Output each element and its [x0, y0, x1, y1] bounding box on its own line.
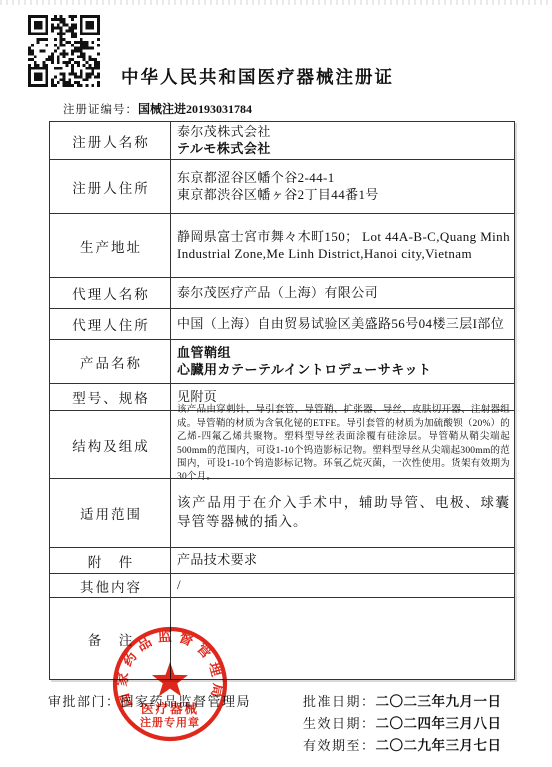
row-value: 该产品由穿刺针、导引套管、导管鞘、扩张器、导丝、皮肤切开器、注射器组成。导管鞘的… — [171, 411, 514, 478]
table-row-agent-name: 代理人名称 泰尔茂医疗产品（上海）有限公司 — [50, 277, 514, 308]
expiry-date-value: 二〇二九年三月七日 — [376, 738, 502, 753]
effective-date-value: 二〇二四年三月八日 — [376, 716, 502, 731]
scan-artifact-strip — [0, 0, 552, 5]
row-label: 附 件 — [50, 548, 171, 573]
value-paragraph: 该产品由穿刺针、导引套管、导管鞘、扩张器、导丝、皮肤切开器、注射器组成。导管鞘的… — [177, 404, 510, 485]
row-value: 泰尔茂株式会社 テルモ株式会社 — [171, 122, 514, 159]
expiry-date-line: 有效期至：二〇二九年三月七日 — [303, 734, 502, 750]
value-line: 静岡県富士宮市舞々木町150； Lot 44A-B-C,Quang Minh I… — [177, 229, 510, 261]
row-label: 注册人住所 — [50, 160, 171, 213]
approval-date-label: 批准日期： — [303, 694, 376, 709]
value-line: 见附页 — [177, 389, 510, 405]
row-label: 代理人名称 — [50, 278, 171, 308]
row-value: / — [171, 574, 514, 597]
row-label: 注册人名称 — [50, 122, 171, 159]
table-row-scope-of-application: 适用范围 该产品用于在介入手术中，辅助导管、电极、球囊导管等器械的插入。 — [50, 478, 514, 547]
row-label: 其他内容 — [50, 574, 171, 597]
row-label: 型号、规格 — [50, 384, 171, 410]
value-line: / — [177, 577, 510, 593]
value-line-jp: 心臓用カテーテルイントロデューサキット — [177, 362, 510, 378]
table-row-registrant-address: 注册人住所 东京都涩谷区幡个谷2-44-1 東京都渋谷区幡ヶ谷2丁目44番1号 — [50, 159, 514, 213]
value-line-jp: テルモ株式会社 — [177, 141, 510, 157]
row-value: 泰尔茂医疗产品（上海）有限公司 — [171, 278, 514, 308]
row-value: 产品技术要求 — [171, 548, 514, 573]
table-row-attachment: 附 件 产品技术要求 — [50, 547, 514, 573]
star-icon — [152, 662, 188, 696]
row-label: 产品名称 — [50, 340, 171, 383]
row-value: 静岡県富士宮市舞々木町150； Lot 44A-B-C,Quang Minh I… — [171, 214, 514, 277]
expiry-date-label: 有效期至： — [303, 738, 376, 753]
certificate-page: 中华人民共和国医疗器械注册证 注册证编号：国械注进20193031784 注册人… — [0, 0, 552, 767]
effective-date-line: 生效日期：二〇二四年三月八日 — [303, 712, 502, 728]
dates-block: 批准日期：二〇二三年九月一日 生效日期：二〇二四年三月八日 有效期至：二〇二九年… — [303, 690, 502, 756]
value-line: 中国（上海）自由贸易试验区美盛路56号04楼三层I部位 — [177, 316, 510, 332]
cert-number-label: 注册证编号： — [63, 104, 138, 116]
row-label: 生产地址 — [50, 214, 171, 277]
row-label: 结构及组成 — [50, 411, 171, 478]
row-value: 该产品用于在介入手术中，辅助导管、电极、球囊导管等器械的插入。 — [171, 479, 514, 547]
row-label: 适用范围 — [50, 479, 171, 547]
approval-date-line: 批准日期：二〇二三年九月一日 — [303, 690, 502, 706]
row-label: 代理人住所 — [50, 309, 171, 339]
value-line: 泰尔茂医疗产品（上海）有限公司 — [177, 285, 510, 301]
value-line-jp: 東京都渋谷区幡ヶ谷2丁目44番1号 — [177, 187, 510, 203]
cert-number-line: 注册证编号：国械注进20193031784 — [63, 100, 252, 117]
value-line: 产品技术要求 — [177, 552, 510, 568]
row-value: 东京都涩谷区幡个谷2-44-1 東京都渋谷区幡ヶ谷2丁目44番1号 — [171, 160, 514, 213]
approval-date-value: 二〇二三年九月一日 — [376, 694, 502, 709]
table-row-product-name: 产品名称 血管鞘组 心臓用カテーテルイントロデューサキット — [50, 339, 514, 383]
row-value: 血管鞘组 心臓用カテーテルイントロデューサキット — [171, 340, 514, 383]
row-value: 中国（上海）自由贸易试验区美盛路56号04楼三层I部位 — [171, 309, 514, 339]
table-row-structure-composition: 结构及组成 该产品由穿刺针、导引套管、导管鞘、扩张器、导丝、皮肤切开器、注射器组… — [50, 410, 514, 478]
official-red-stamp: 国家药品监督管理局 医疗器械 注册专用章 — [110, 624, 230, 744]
page-title: 中华人民共和国医疗器械注册证 — [0, 64, 515, 89]
value-line: 东京都涩谷区幡个谷2-44-1 — [177, 170, 510, 186]
stamp-text-line2: 注册专用章 — [140, 715, 200, 729]
effective-date-label: 生效日期： — [303, 716, 376, 731]
table-row-registrant-name: 注册人名称 泰尔茂株式会社 テルモ株式会社 — [50, 122, 514, 159]
stamp-text-line1: 医疗器械 — [141, 701, 199, 716]
table-row-other-content: 其他内容 / — [50, 573, 514, 597]
value-paragraph: 该产品用于在介入手术中，辅助导管、电极、球囊导管等器械的插入。 — [177, 494, 510, 532]
table-row-agent-address: 代理人住所 中国（上海）自由贸易试验区美盛路56号04楼三层I部位 — [50, 308, 514, 339]
cert-number-value: 国械注进20193031784 — [138, 102, 252, 116]
certificate-table: 注册人名称 泰尔茂株式会社 テルモ株式会社 注册人住所 东京都涩谷区幡个谷2-4… — [49, 121, 515, 680]
stamp-icon: 国家药品监督管理局 医疗器械 注册专用章 — [110, 624, 230, 744]
value-line: 泰尔茂株式会社 — [177, 124, 510, 140]
table-row-production-address: 生产地址 静岡県富士宮市舞々木町150； Lot 44A-B-C,Quang M… — [50, 213, 514, 277]
value-line: 血管鞘组 — [177, 345, 510, 361]
